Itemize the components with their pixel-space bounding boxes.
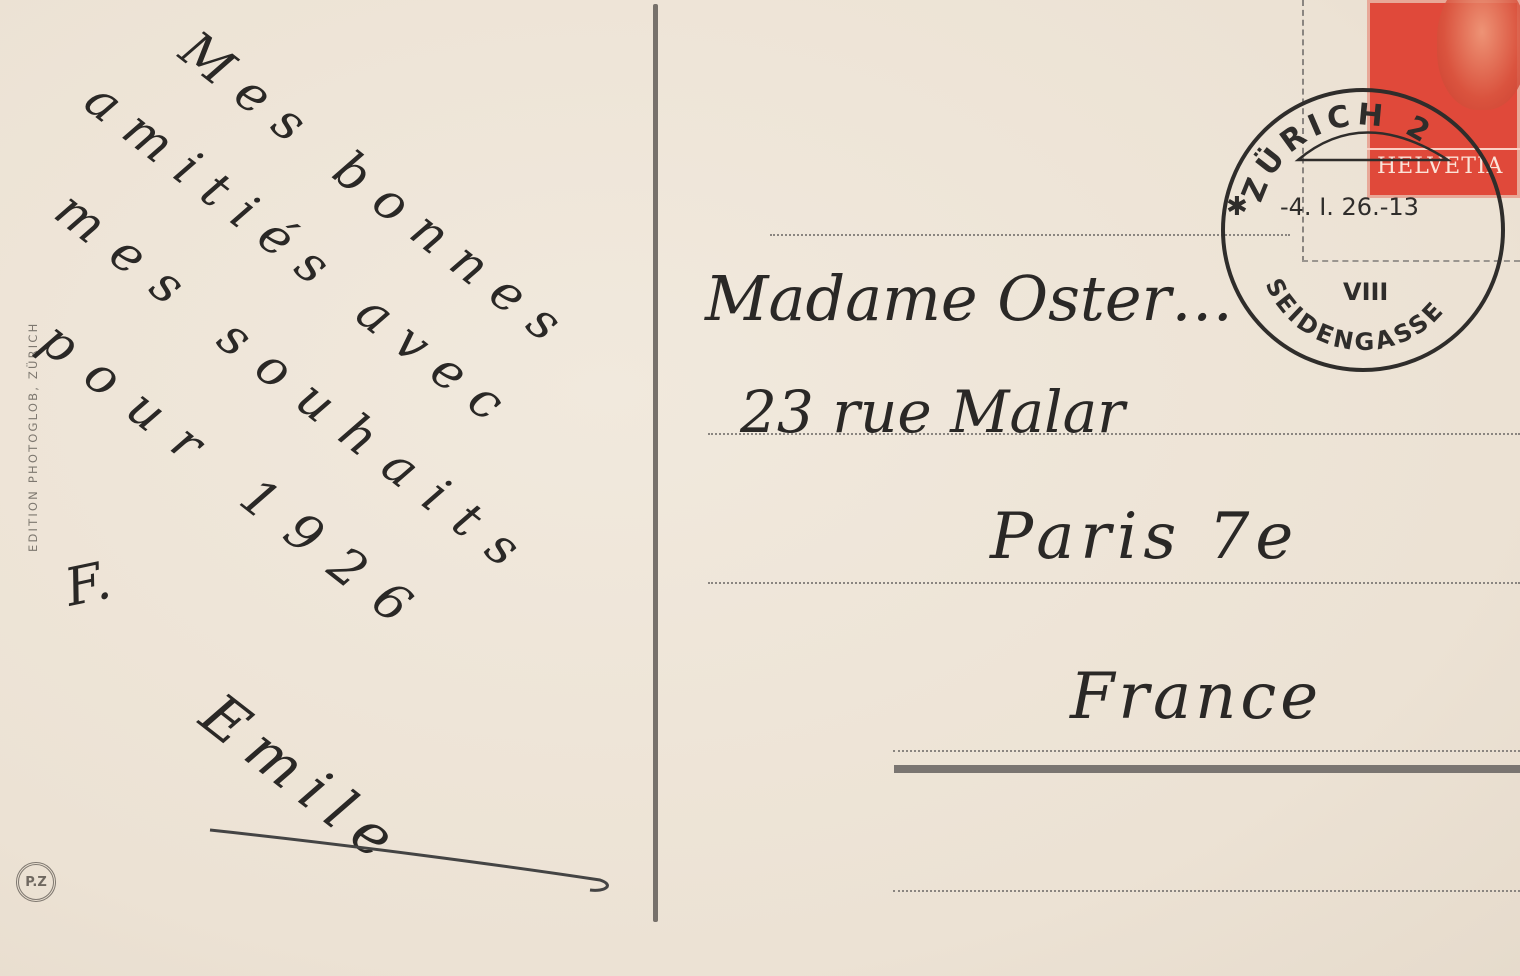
- address-rule: [893, 750, 1520, 752]
- address-rule: [893, 890, 1520, 892]
- signature-flourish: [200, 820, 620, 900]
- postmark-city: ZÜRICH 2: [1235, 97, 1440, 206]
- postmark-office: VIII: [1343, 278, 1388, 306]
- postmark-cancel-icon: ZÜRICH 2 -4. I. 26.-13 VIII SEIDENGASSE …: [1218, 85, 1508, 375]
- address-line-4: France: [1070, 660, 1322, 734]
- address-line-3: Paris 7e: [990, 500, 1299, 574]
- address-line-2: 23 rue Malar: [740, 378, 1125, 446]
- address-solid-rule: [894, 765, 1520, 773]
- signature-initial: F.: [60, 551, 116, 619]
- svg-text:✱: ✱: [1226, 192, 1248, 222]
- postmark-date: -4. I. 26.-13: [1280, 193, 1419, 221]
- address-line-1: Madame Oster…: [705, 262, 1233, 335]
- publisher-logo-icon: P.Z: [16, 862, 56, 902]
- address-rule: [708, 582, 1520, 584]
- center-divider: [653, 4, 658, 922]
- publisher-logo-text: P.Z: [25, 875, 47, 890]
- address-rule: [770, 234, 1290, 236]
- svg-text:ZÜRICH 2: ZÜRICH 2: [1235, 97, 1440, 206]
- postcard-back: EDITION PHOTOGLOB, ZÜRICH P.Z Mes bonnes…: [0, 0, 1520, 976]
